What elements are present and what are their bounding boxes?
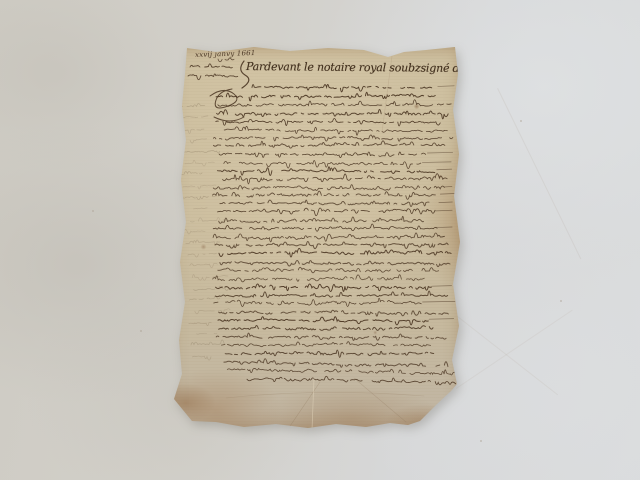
- manuscript-sheet-shape: xxvij janvy 1661 Pardevant le notaire ro…: [168, 44, 464, 434]
- handwriting-body-lines: [213, 84, 457, 384]
- manuscript-sheet: xxvij janvy 1661 Pardevant le notaire ro…: [168, 44, 464, 434]
- handwriting-layer: [168, 44, 464, 434]
- marginal-annotation-marks: [188, 58, 249, 121]
- verso-bleedthrough-lines: [177, 102, 233, 361]
- opening-heading-line: Pardevant le notaire royal soubzsigné de: [246, 60, 466, 75]
- photo-of-manuscript: xxvij janvy 1661 Pardevant le notaire ro…: [0, 0, 640, 480]
